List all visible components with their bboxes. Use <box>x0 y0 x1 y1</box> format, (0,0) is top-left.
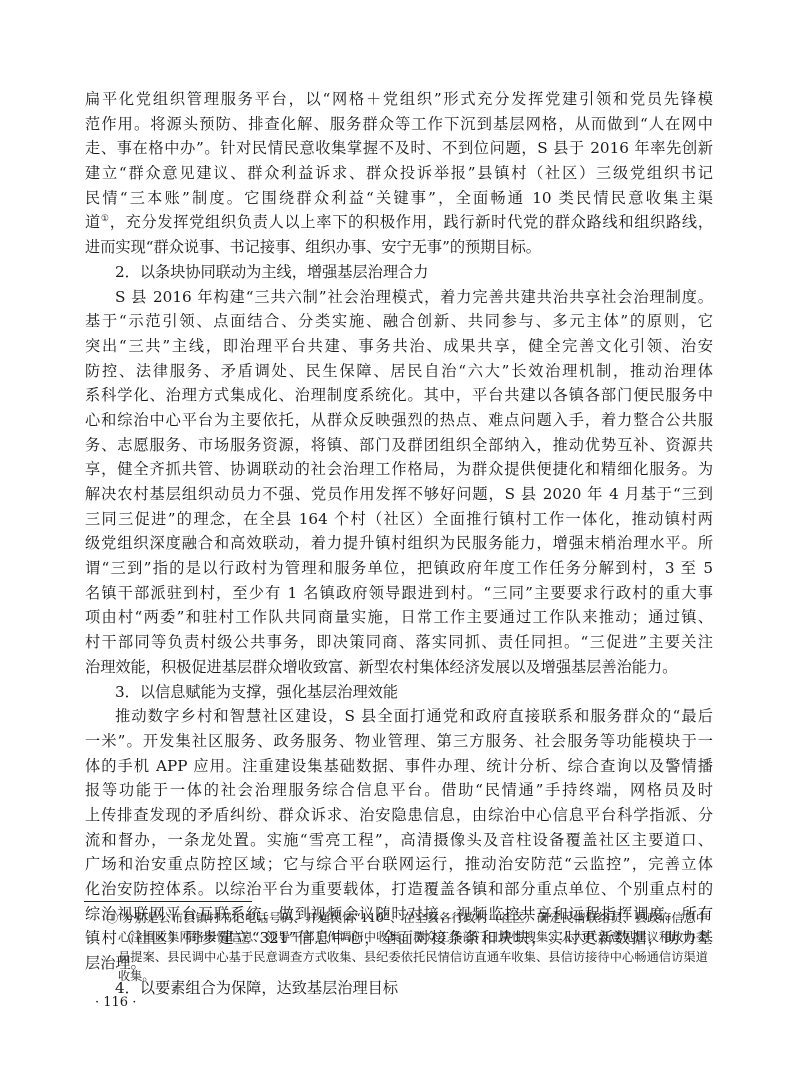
body-text: 扁平化党组织管理服务平台，以“网格＋党组织”形式充分发挥党建引领和党员先锋模 范… <box>85 87 713 1000</box>
text-line: 民情“三本账”制度。它围绕群众利益“关键事”，全面畅通 10 类民情民意收集主渠 <box>85 186 713 211</box>
text-line-with-footnote-ref: 道①，充分发挥党组织负责人以上率下的积极作用，践行新时代党的群众路线和组织路线， <box>85 210 713 235</box>
text-line: 广场和治安重点防控区域；它与综合平台联网运行，推动治安防范“云监控”，完善立体 <box>85 852 713 877</box>
text-line: 报等功能于一体的社会治理服务综合信息平台。借助“民情通”手持终端，网格员及时 <box>85 778 713 803</box>
text-line: 上传排查发现的矛盾纠纷、群众诉求、治安隐患信息，由综治中心信息平台科学指派、分 <box>85 803 713 828</box>
footnote-line: ① 分别是公布县镇村书记电话号码、开通民情“110”、在全县各行政村（社区）确定… <box>106 909 708 928</box>
text-line: 走、事在格中办”。针对民情民意收集掌握不及时、不到位问题，S 县于 2016 年… <box>85 136 713 161</box>
footnote-reference[interactable]: ① <box>101 214 110 224</box>
text-line: 化治安防控体系。以综治平台为重要载体，打造覆盖各镇和部分重点单位、个别重点村的 <box>85 877 713 902</box>
section-heading-3: 3．以信息赋能为支撑，强化基层治理效能 <box>85 680 713 705</box>
text-line: 名镇干部派驻到村，至少有 1 名镇政府领导跟进到村。“三同”主要要求行政村的重大… <box>85 581 713 606</box>
text-line: 项由村“两委”和驻村工作队共同商量实施，日常工作主要通过工作队来推动；通过镇、 <box>85 605 713 630</box>
paragraph-start: 推动数字乡村和智慧社区建设，S 县全面打通党和政府直接联系和服务群众的“最后 <box>85 704 713 729</box>
text-line: 基于“示范引领、点面结合、分类实施、融合创新、共同参与、多元主体”的原则，它 <box>85 309 713 334</box>
text-line: 流和督办，一条龙处置。实施“雪亮工程”，高清摄像头及音柱设备覆盖社区主要道口、 <box>85 828 713 853</box>
footnote-line: 员提案、县民调中心基于民意调查方式收集、县纪委依托民情信访直通车收集、县信访接待… <box>106 948 708 967</box>
text-line: 谓“三到”指的是以行政村为管理和服务单位，把镇政府年度工作任务分解到村，3 至 … <box>85 556 713 581</box>
text-line: 范作用。将源头预防、排查化解、服务群众等工作下沉到基层网格，从而做到“人在网中 <box>85 112 713 137</box>
text-line: 村干部同等负责村级公共事务，即决策同商、落实同抓、责任同担。“三促进”主要关注 <box>85 630 713 655</box>
text-line: 级党组织深度融合和高效联动，着力提升镇村组织为民服务能力，增强末梢治理水平。所 <box>85 531 713 556</box>
text-fragment: ，充分发挥党组织负责人以上率下的积极作用，践行新时代党的群众路线和组织路线， <box>110 213 713 231</box>
text-line: 解决农村基层组织动员力不强、党员作用发挥不够好问题，S 县 2020 年 4 月… <box>85 482 713 507</box>
text-line: 一米”。开发集社区服务、政务服务、物业管理、第三方服务、社会服务等功能模块于一 <box>85 729 713 754</box>
page-number: · 116 · <box>95 993 136 1013</box>
text-line: 三同三促进”的理念，在全县 164 个村（社区）全面推行镇村工作一体化，推动镇村… <box>85 507 713 532</box>
text-fragment: 道 <box>85 213 101 231</box>
footnote-divider <box>84 901 252 902</box>
footnote-line: 心注重收集网络舆情信息、领导干部工作调研中收集、群众工作部门日常性搜集、人大代表… <box>106 928 708 947</box>
text-line: 务、志愿服务、市场服务资源，将镇、部门及群团组织全部纳入，推动优势互补、资源共 <box>85 433 713 458</box>
text-line: 扁平化党组织管理服务平台，以“网格＋党组织”形式充分发挥党建引领和党员先锋模 <box>85 87 713 112</box>
text-line: 建立“群众意见建议、群众利益诉求、群众投诉举报”县镇村（社区）三级党组织书记 <box>85 161 713 186</box>
footnote: ① 分别是公布县镇村书记电话号码、开通民情“110”、在全县各行政村（社区）确定… <box>106 909 708 987</box>
text-line: 心和综治中心平台为主要依托，从群众反映强烈的热点、难点问题入手，着力整合公共服 <box>85 408 713 433</box>
text-line: 治理效能，积极促进基层群众增收致富、新型农村集体经济发展以及增强基层善治能力。 <box>85 655 713 680</box>
text-line: 进而实现“群众说事、书记接事、组织办事、安宁无事”的预期目标。 <box>85 235 713 260</box>
text-line: 享，健全齐抓共管、协调联动的社会治理工作格局，为群众提供便捷化和精细化服务。为 <box>85 457 713 482</box>
footnote-line: 收集。 <box>106 967 708 986</box>
document-page: 扁平化党组织管理服务平台，以“网格＋党组织”形式充分发挥党建引领和党员先锋模 范… <box>0 0 793 1077</box>
text-line: 防控、法律服务、矛盾调处、民生保障、居民自治“六大”长效治理机制，推动治理体 <box>85 359 713 384</box>
paragraph-start: S 县 2016 年构建“三共六制”社会治理模式，着力完善共建共治共享社会治理制… <box>85 285 713 310</box>
text-line: 系科学化、治理方式集成化、治理制度系统化。其中，平台共建以各镇各部门便民服务中 <box>85 383 713 408</box>
text-line: 突出“三共”主线，即治理平台共建、事务共治、成果共享，健全完善文化引领、治安 <box>85 334 713 359</box>
section-heading-2: 2．以条块协同联动为主线，增强基层治理合力 <box>85 260 713 285</box>
text-line: 体的手机 APP 应用。注重建设集基础数据、事件办理、统计分析、综合查询以及警情… <box>85 754 713 779</box>
